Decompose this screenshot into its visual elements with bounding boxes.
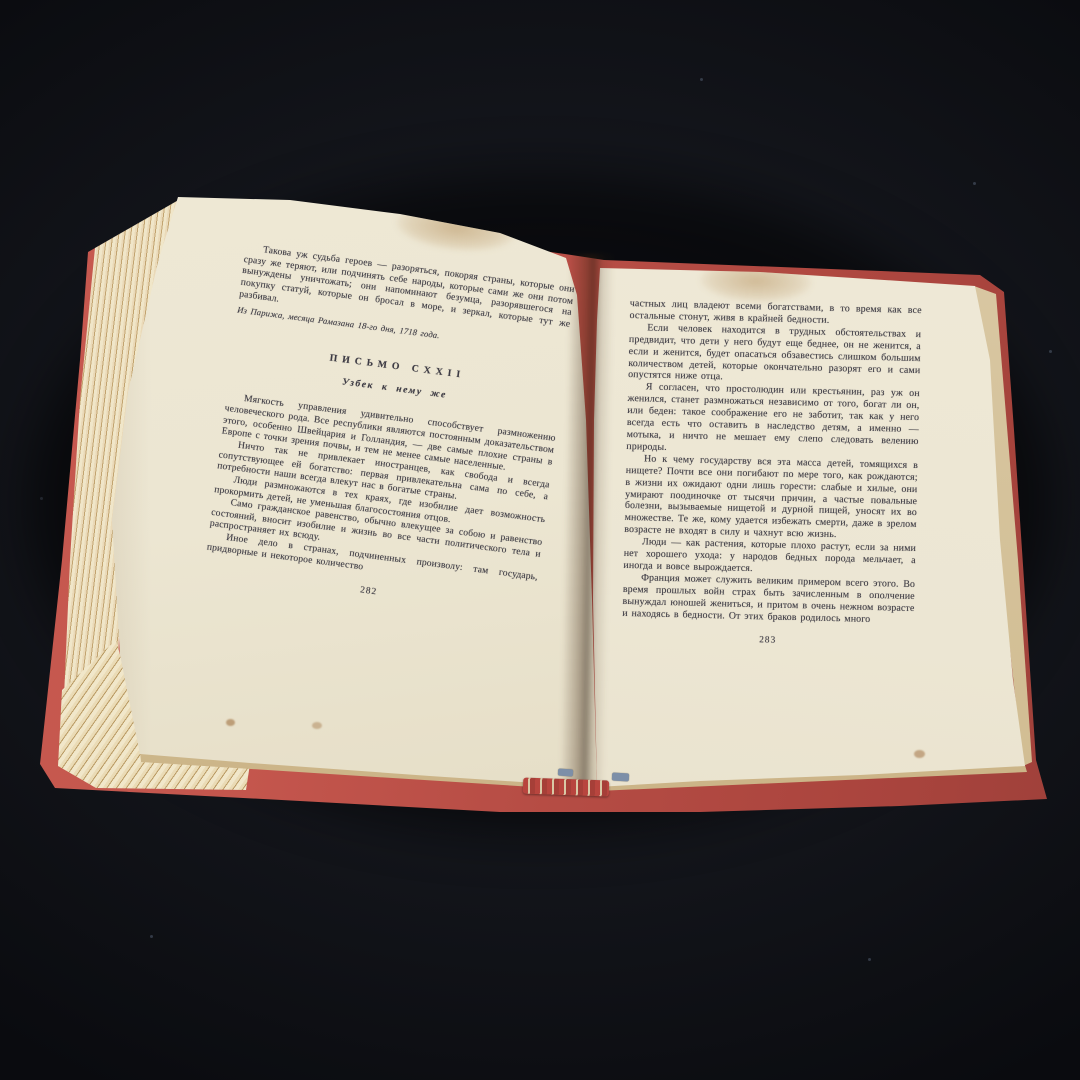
foxing-spot [226,719,235,726]
dust-speck [868,958,871,961]
dust-speck [150,935,153,938]
paragraph: Если человек находится в трудных обстоят… [628,322,921,389]
binding-thread [612,773,629,782]
foxing-spot [312,722,322,729]
foxing-spot [914,750,925,758]
gutter-shadow [559,254,614,793]
binding-thread [558,768,573,776]
dust-speck [1049,350,1052,353]
spine-headband [523,778,610,797]
photo-of-open-book: Такова уж судьба героев — разоряться, по… [0,0,1080,1080]
paragraph: Но к чему государству вся эта масса дете… [624,453,918,543]
right-page-text: частных лиц владеют всеми богатствами, в… [622,298,922,651]
page-number-right: 283 [622,632,914,651]
paragraph: Франция может служить великим примером в… [622,572,915,627]
paragraph: Я согласен, что простолюдин или крестьян… [626,381,920,460]
left-page-text: Такова уж судьба героев — разоряться, по… [203,242,575,620]
dust-speck [973,182,976,185]
dust-speck [700,78,703,81]
